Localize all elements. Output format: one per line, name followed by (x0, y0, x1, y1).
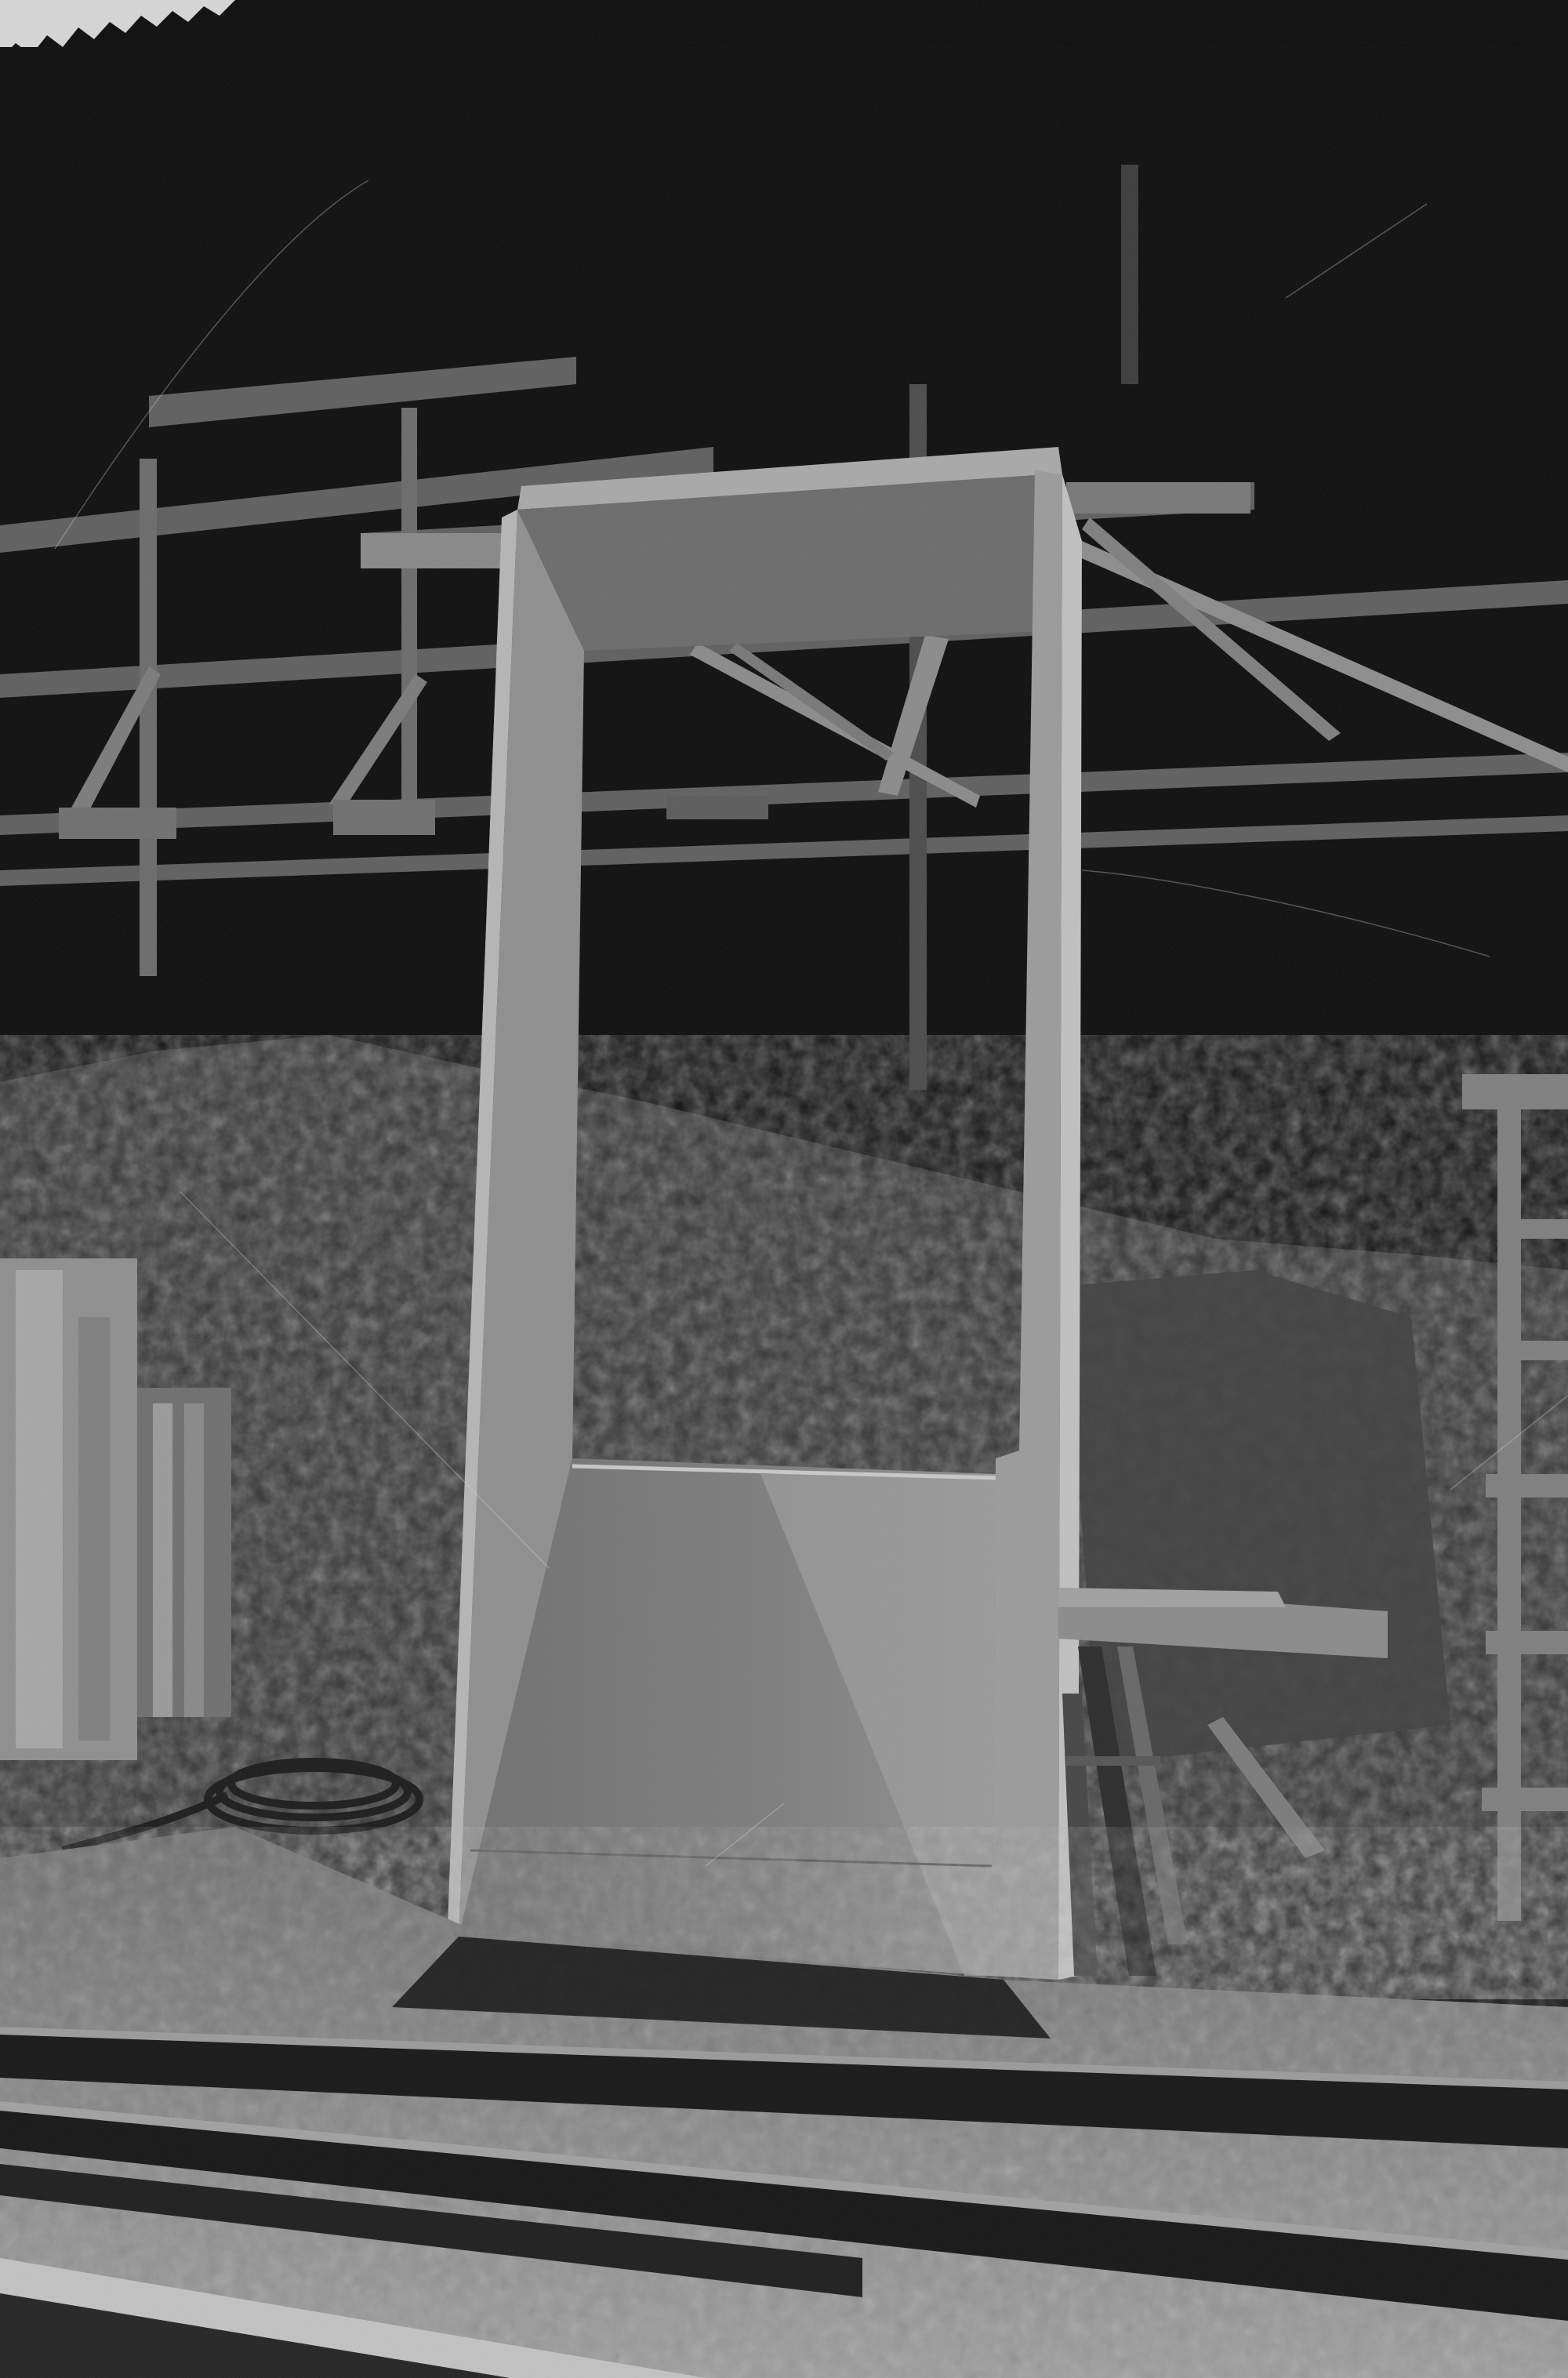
film-grain (0, 0, 1568, 2378)
photograph (0, 0, 1568, 2378)
